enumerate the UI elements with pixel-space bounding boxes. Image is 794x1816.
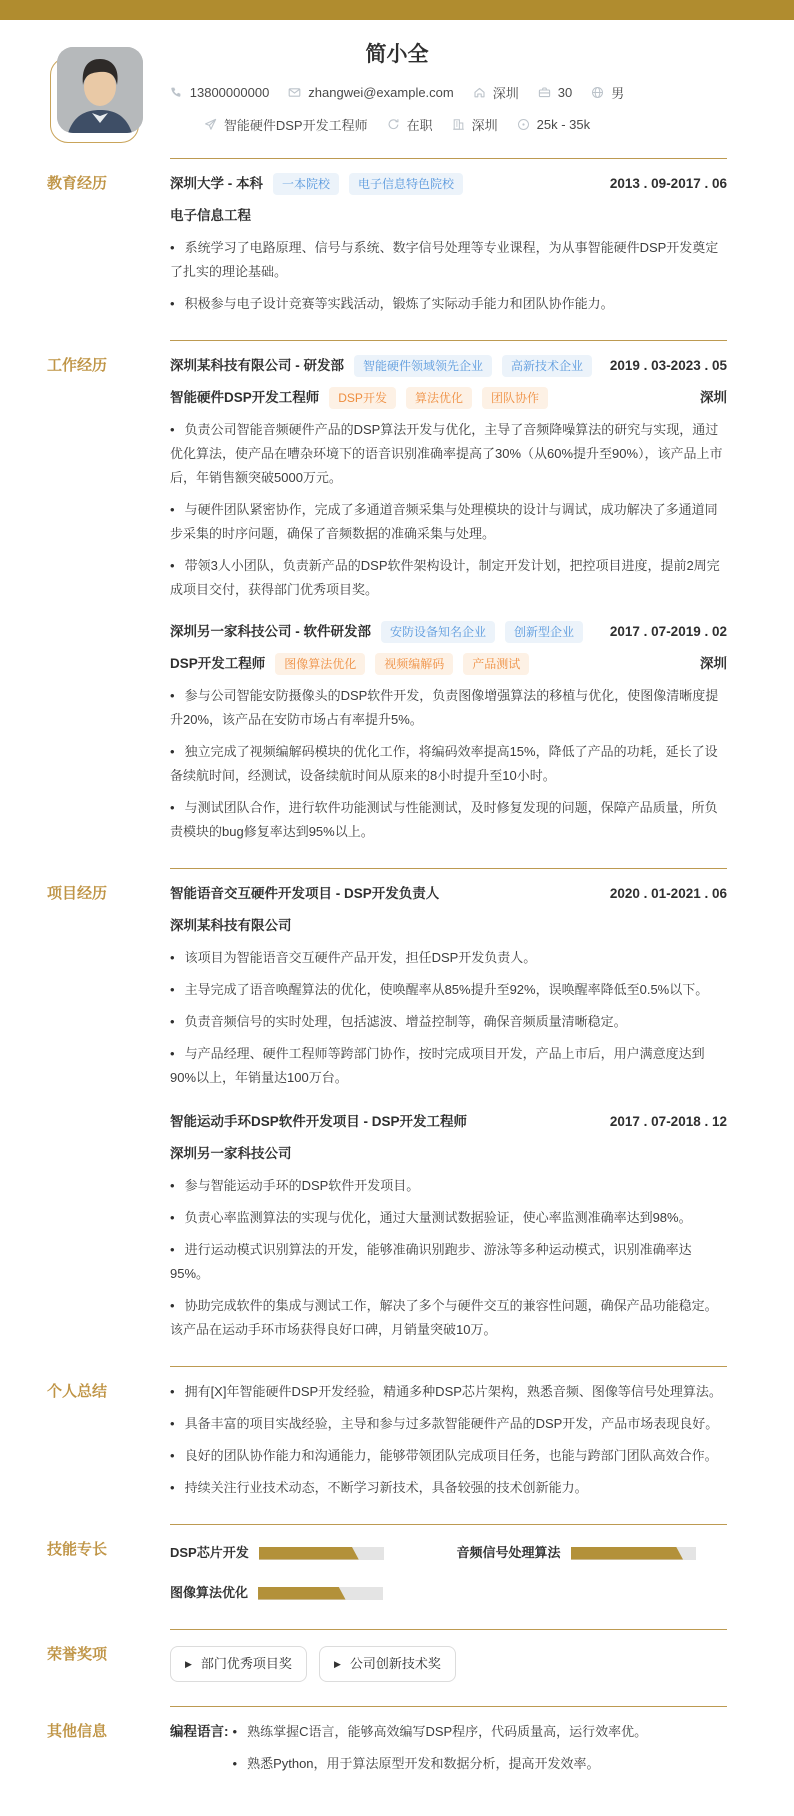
- resume-page: 简小全 13800000000 zhangwei@example.com 深圳: [0, 0, 794, 1816]
- summary-bullet: •持续关注行业技术动态，不断学习新技术，具备较强的技术创新能力。: [170, 1476, 727, 1500]
- contact-job-title: 智能硬件DSP开发工程师: [204, 115, 368, 134]
- position-tag: 团队协作: [482, 387, 548, 409]
- project-bullet: •负责音频信号的实时处理，包括滤波、增益控制等，确保音频质量清晰稳定。: [170, 1010, 727, 1034]
- bullet-dot-icon: •: [170, 982, 175, 997]
- section-honors: 荣誉奖项 ▶部门优秀项目奖 ▶公司创新技术奖: [0, 1630, 794, 1682]
- position-name: DSP开发工程师: [170, 652, 265, 676]
- job-bullet: •与测试团队合作，进行软件功能测试与性能测试，及时修复发现的问题，保障产品质量，…: [170, 796, 727, 844]
- section-title-summary: 个人总结: [0, 1380, 170, 1500]
- section-work: 工作经历 深圳某科技有限公司 - 研发部 智能硬件领域领先企业 高新技术企业 2…: [0, 341, 794, 844]
- contact-gender: 男: [591, 83, 624, 102]
- top-accent-bar: [0, 0, 794, 20]
- phone-icon: [170, 86, 183, 99]
- honor-pill-list: ▶部门优秀项目奖 ▶公司创新技术奖: [170, 1643, 727, 1682]
- bullet-dot-icon: •: [170, 1046, 175, 1061]
- section-title-projects: 项目经历: [0, 882, 170, 1342]
- project-date: 2020 . 01-2021 . 06: [610, 882, 727, 906]
- skill-name: 图像算法优化: [170, 1581, 248, 1605]
- position-row: DSP开发工程师 图像算法优化 视频编解码 产品测试 深圳: [170, 652, 727, 676]
- project-date: 2017 . 07-2018 . 12: [610, 1110, 727, 1134]
- skills-grid: DSP芯片开发 音频信号处理算法 图像算法优化: [170, 1538, 727, 1605]
- contact-phone-text: 13800000000: [190, 85, 270, 100]
- contact-salary-text: 25k - 35k: [537, 117, 590, 132]
- play-triangle-icon: ▶: [334, 1660, 341, 1669]
- position-tag: DSP开发: [329, 387, 396, 409]
- project-entry: 智能语音交互硬件开发项目 - DSP开发负责人 2020 . 01-2021 .…: [170, 882, 727, 1090]
- skill-bar-track: [571, 1547, 696, 1560]
- job-bullet: •负责公司智能音频硬件产品的DSP算法开发与优化，主导了音频降噪算法的研究与实现…: [170, 418, 727, 490]
- company-tag: 高新技术企业: [502, 355, 592, 377]
- bullet-dot-icon: •: [170, 1416, 175, 1431]
- job-bullet: •带领3人小团队，负责新产品的DSP软件架构设计，制定开发计划，把控项目进度，提…: [170, 554, 727, 602]
- bullet-dot-icon: •: [170, 1448, 175, 1463]
- contact-salary: 25k - 35k: [517, 117, 590, 132]
- bullet-dot-icon: •: [170, 688, 175, 703]
- play-triangle-icon: ▶: [185, 1660, 192, 1669]
- bullet-dot-icon: •: [170, 558, 175, 573]
- job-bullet: •与硬件团队紧密协作，完成了多通道音频采集与处理模块的设计与调试，成功解决了多通…: [170, 498, 727, 546]
- skill-item: DSP芯片开发: [170, 1541, 441, 1565]
- contact-phone: 13800000000: [170, 85, 270, 100]
- education-bullet: •积极参与电子设计竞赛等实践活动，锻炼了实际动手能力和团队协作能力。: [170, 292, 727, 316]
- section-title-honors: 荣誉奖项: [0, 1643, 170, 1682]
- contact-home-city: 深圳: [473, 83, 519, 102]
- other-info-row: 编程语言: •熟练掌握C语言，能够高效编写DSP程序，代码质量高，运行效率优。 …: [170, 1720, 727, 1776]
- avatar-illustration: [57, 47, 143, 133]
- skill-bar-fill: [258, 1587, 346, 1600]
- skill-item: 图像算法优化: [170, 1581, 441, 1605]
- company-tag: 创新型企业: [505, 621, 583, 643]
- section-title-education: 教育经历: [0, 172, 170, 316]
- skill-bar-fill: [571, 1547, 684, 1560]
- position-tag: 视频编解码: [375, 653, 453, 675]
- project-bullet: •参与智能运动手环的DSP软件开发项目。: [170, 1174, 727, 1198]
- bullet-dot-icon: •: [170, 1210, 175, 1225]
- education-header-row: 深圳大学 - 本科 一本院校 电子信息特色院校 2013 . 09-2017 .…: [170, 172, 727, 196]
- skill-name: DSP芯片开发: [170, 1541, 249, 1565]
- project-bullet: •进行运动模式识别算法的开发，能够准确识别跑步、游泳等多种运动模式，识别准确率达…: [170, 1238, 727, 1286]
- other-bullet: •熟练掌握C语言，能够高效编写DSP程序，代码质量高，运行效率优。: [233, 1720, 728, 1744]
- contact-work-city: 深圳: [452, 115, 498, 134]
- education-bullet: •系统学习了电路原理、信号与系统、数字信号处理等专业课程，为从事智能硬件DSP开…: [170, 236, 727, 284]
- bullet-dot-icon: •: [170, 1298, 175, 1313]
- honor-pill[interactable]: ▶部门优秀项目奖: [170, 1646, 307, 1682]
- section-education: 教育经历 深圳大学 - 本科 一本院校 电子信息特色院校 2013 . 09-2…: [0, 159, 794, 316]
- contact-gender-text: 男: [611, 83, 624, 102]
- mail-icon: [288, 86, 301, 99]
- company-tag: 智能硬件领域领先企业: [354, 355, 492, 377]
- skill-bar-fill: [259, 1547, 359, 1560]
- city-icon: [452, 118, 465, 131]
- bullet-dot-icon: •: [170, 1178, 175, 1193]
- home-icon: [473, 86, 486, 99]
- section-title-skills: 技能专长: [0, 1538, 170, 1605]
- job-entry: 深圳另一家科技公司 - 软件研发部 安防设备知名企业 创新型企业 2017 . …: [170, 620, 727, 844]
- project-company: 深圳某科技有限公司: [170, 914, 727, 938]
- bullet-dot-icon: •: [170, 422, 175, 437]
- summary-bullet: •良好的团队协作能力和沟通能力，能够带领团队完成项目任务，也能与跨部门团队高效合…: [170, 1444, 727, 1468]
- bullet-dot-icon: •: [170, 1014, 175, 1029]
- project-bullet: •与产品经理、硬件工程师等跨部门协作，按时完成项目开发，产品上市后，用户满意度达…: [170, 1042, 727, 1090]
- section-title-other: 其他信息: [0, 1720, 170, 1776]
- section-skills: 技能专长 DSP芯片开发 音频信号处理算法 图像算法优化: [0, 1525, 794, 1605]
- contact-email: zhangwei@example.com: [288, 85, 453, 100]
- bullet-dot-icon: •: [170, 1384, 175, 1399]
- section-title-work: 工作经历: [0, 354, 170, 844]
- contact-age-text: 30: [558, 85, 572, 100]
- school-name: 深圳大学 - 本科: [170, 172, 263, 196]
- project-bullet: •协助完成软件的集成与测试工作，解决了多个与硬件交互的兼容性问题，确保产品功能稳…: [170, 1294, 727, 1342]
- job-date: 2019 . 03-2023 . 05: [610, 354, 727, 378]
- school-tag: 一本院校: [273, 173, 339, 195]
- age-icon: [538, 86, 551, 99]
- project-name: 智能运动手环DSP软件开发项目 - DSP开发工程师: [170, 1110, 467, 1134]
- bullet-dot-icon: •: [170, 950, 175, 965]
- bullet-dot-icon: •: [170, 1480, 175, 1495]
- skill-name: 音频信号处理算法: [457, 1541, 561, 1565]
- job-entry: 深圳某科技有限公司 - 研发部 智能硬件领域领先企业 高新技术企业 2019 .…: [170, 354, 727, 602]
- bullet-dot-icon: •: [170, 502, 175, 517]
- job-date: 2017 . 07-2019 . 02: [610, 620, 727, 644]
- summary-bullet: •具备丰富的项目实战经验，主导和参与过多款智能硬件产品的DSP开发，产品市场表现…: [170, 1412, 727, 1436]
- position-tag: 产品测试: [463, 653, 529, 675]
- bullet-dot-icon: •: [170, 296, 175, 311]
- contact-job-title-text: 智能硬件DSP开发工程师: [224, 115, 368, 134]
- job-bullet: •独立完成了视频编解码模块的优化工作，将编码效率提高15%，降低了产品的功耗，延…: [170, 740, 727, 788]
- contact-status-text: 在职: [407, 115, 433, 134]
- project-header-row: 智能语音交互硬件开发项目 - DSP开发负责人 2020 . 01-2021 .…: [170, 882, 727, 906]
- position-row: 智能硬件DSP开发工程师 DSP开发 算法优化 团队协作 深圳: [170, 386, 727, 410]
- project-name: 智能语音交互硬件开发项目 - DSP开发负责人: [170, 882, 439, 906]
- status-icon: [387, 118, 400, 131]
- contact-status: 在职: [387, 115, 433, 134]
- summary-bullet: •拥有[X]年智能硬件DSP开发经验，精通多种DSP芯片架构，熟悉音频、图像等信…: [170, 1380, 727, 1404]
- project-bullet: •该项目为智能语音交互硬件产品开发，担任DSP开发负责人。: [170, 946, 727, 970]
- other-bullet: •熟悉Python，用于算法原型开发和数据分析，提高开发效率。: [233, 1752, 728, 1776]
- contact-email-text: zhangwei@example.com: [308, 85, 453, 100]
- position-tag: 算法优化: [406, 387, 472, 409]
- job-bullet: •参与公司智能安防摄像头的DSP软件开发，负责图像增强算法的移植与优化，使图像清…: [170, 684, 727, 732]
- company-name: 深圳另一家科技公司 - 软件研发部: [170, 620, 371, 644]
- contact-work-city-text: 深圳: [472, 115, 498, 134]
- position-tag: 图像算法优化: [275, 653, 365, 675]
- education-date: 2013 . 09-2017 . 06: [610, 172, 727, 196]
- section-projects: 项目经历 智能语音交互硬件开发项目 - DSP开发负责人 2020 . 01-2…: [0, 869, 794, 1342]
- salary-icon: [517, 118, 530, 131]
- company-row: 深圳某科技有限公司 - 研发部 智能硬件领域领先企业 高新技术企业 2019 .…: [170, 354, 727, 378]
- resume-header: 简小全 13800000000 zhangwei@example.com 深圳: [0, 20, 794, 134]
- project-bullet: •负责心率监测算法的实现与优化，通过大量测试数据验证，使心率监测准确率达到98%…: [170, 1206, 727, 1230]
- skill-bar-track: [258, 1587, 383, 1600]
- school-tag: 电子信息特色院校: [349, 173, 463, 195]
- skill-item: 音频信号处理算法: [457, 1541, 728, 1565]
- bullet-dot-icon: •: [170, 800, 175, 815]
- bullet-dot-icon: •: [233, 1724, 238, 1739]
- job-location: 深圳: [700, 386, 727, 410]
- bullet-dot-icon: •: [170, 744, 175, 759]
- project-bullet: •主导完成了语音唤醒算法的优化，使唤醒率从85%提升至92%，误唤醒率降低至0.…: [170, 978, 727, 1002]
- contact-age: 30: [538, 85, 572, 100]
- skill-bar-track: [259, 1547, 384, 1560]
- section-summary: 个人总结 •拥有[X]年智能硬件DSP开发经验，精通多种DSP芯片架构，熟悉音频…: [0, 1367, 794, 1500]
- project-header-row: 智能运动手环DSP软件开发项目 - DSP开发工程师 2017 . 07-201…: [170, 1110, 727, 1134]
- bullet-dot-icon: •: [170, 240, 175, 255]
- honor-pill[interactable]: ▶公司创新技术奖: [319, 1646, 456, 1682]
- project-entry: 智能运动手环DSP软件开发项目 - DSP开发工程师 2017 . 07-201…: [170, 1110, 727, 1342]
- job-title-icon: [204, 118, 217, 131]
- job-location: 深圳: [700, 652, 727, 676]
- company-row: 深圳另一家科技公司 - 软件研发部 安防设备知名企业 创新型企业 2017 . …: [170, 620, 727, 644]
- contact-home-city-text: 深圳: [493, 83, 519, 102]
- position-name: 智能硬件DSP开发工程师: [170, 386, 319, 410]
- company-tag: 安防设备知名企业: [381, 621, 495, 643]
- company-name: 深圳某科技有限公司 - 研发部: [170, 354, 344, 378]
- bullet-dot-icon: •: [233, 1756, 238, 1771]
- section-other: 其他信息 编程语言: •熟练掌握C语言，能够高效编写DSP程序，代码质量高，运行…: [0, 1707, 794, 1776]
- project-company: 深圳另一家科技公司: [170, 1142, 727, 1166]
- gender-icon: [591, 86, 604, 99]
- bullet-dot-icon: •: [170, 1242, 175, 1257]
- major-name: 电子信息工程: [170, 204, 727, 228]
- profile-photo: [57, 47, 143, 133]
- other-info-label: 编程语言:: [170, 1720, 229, 1776]
